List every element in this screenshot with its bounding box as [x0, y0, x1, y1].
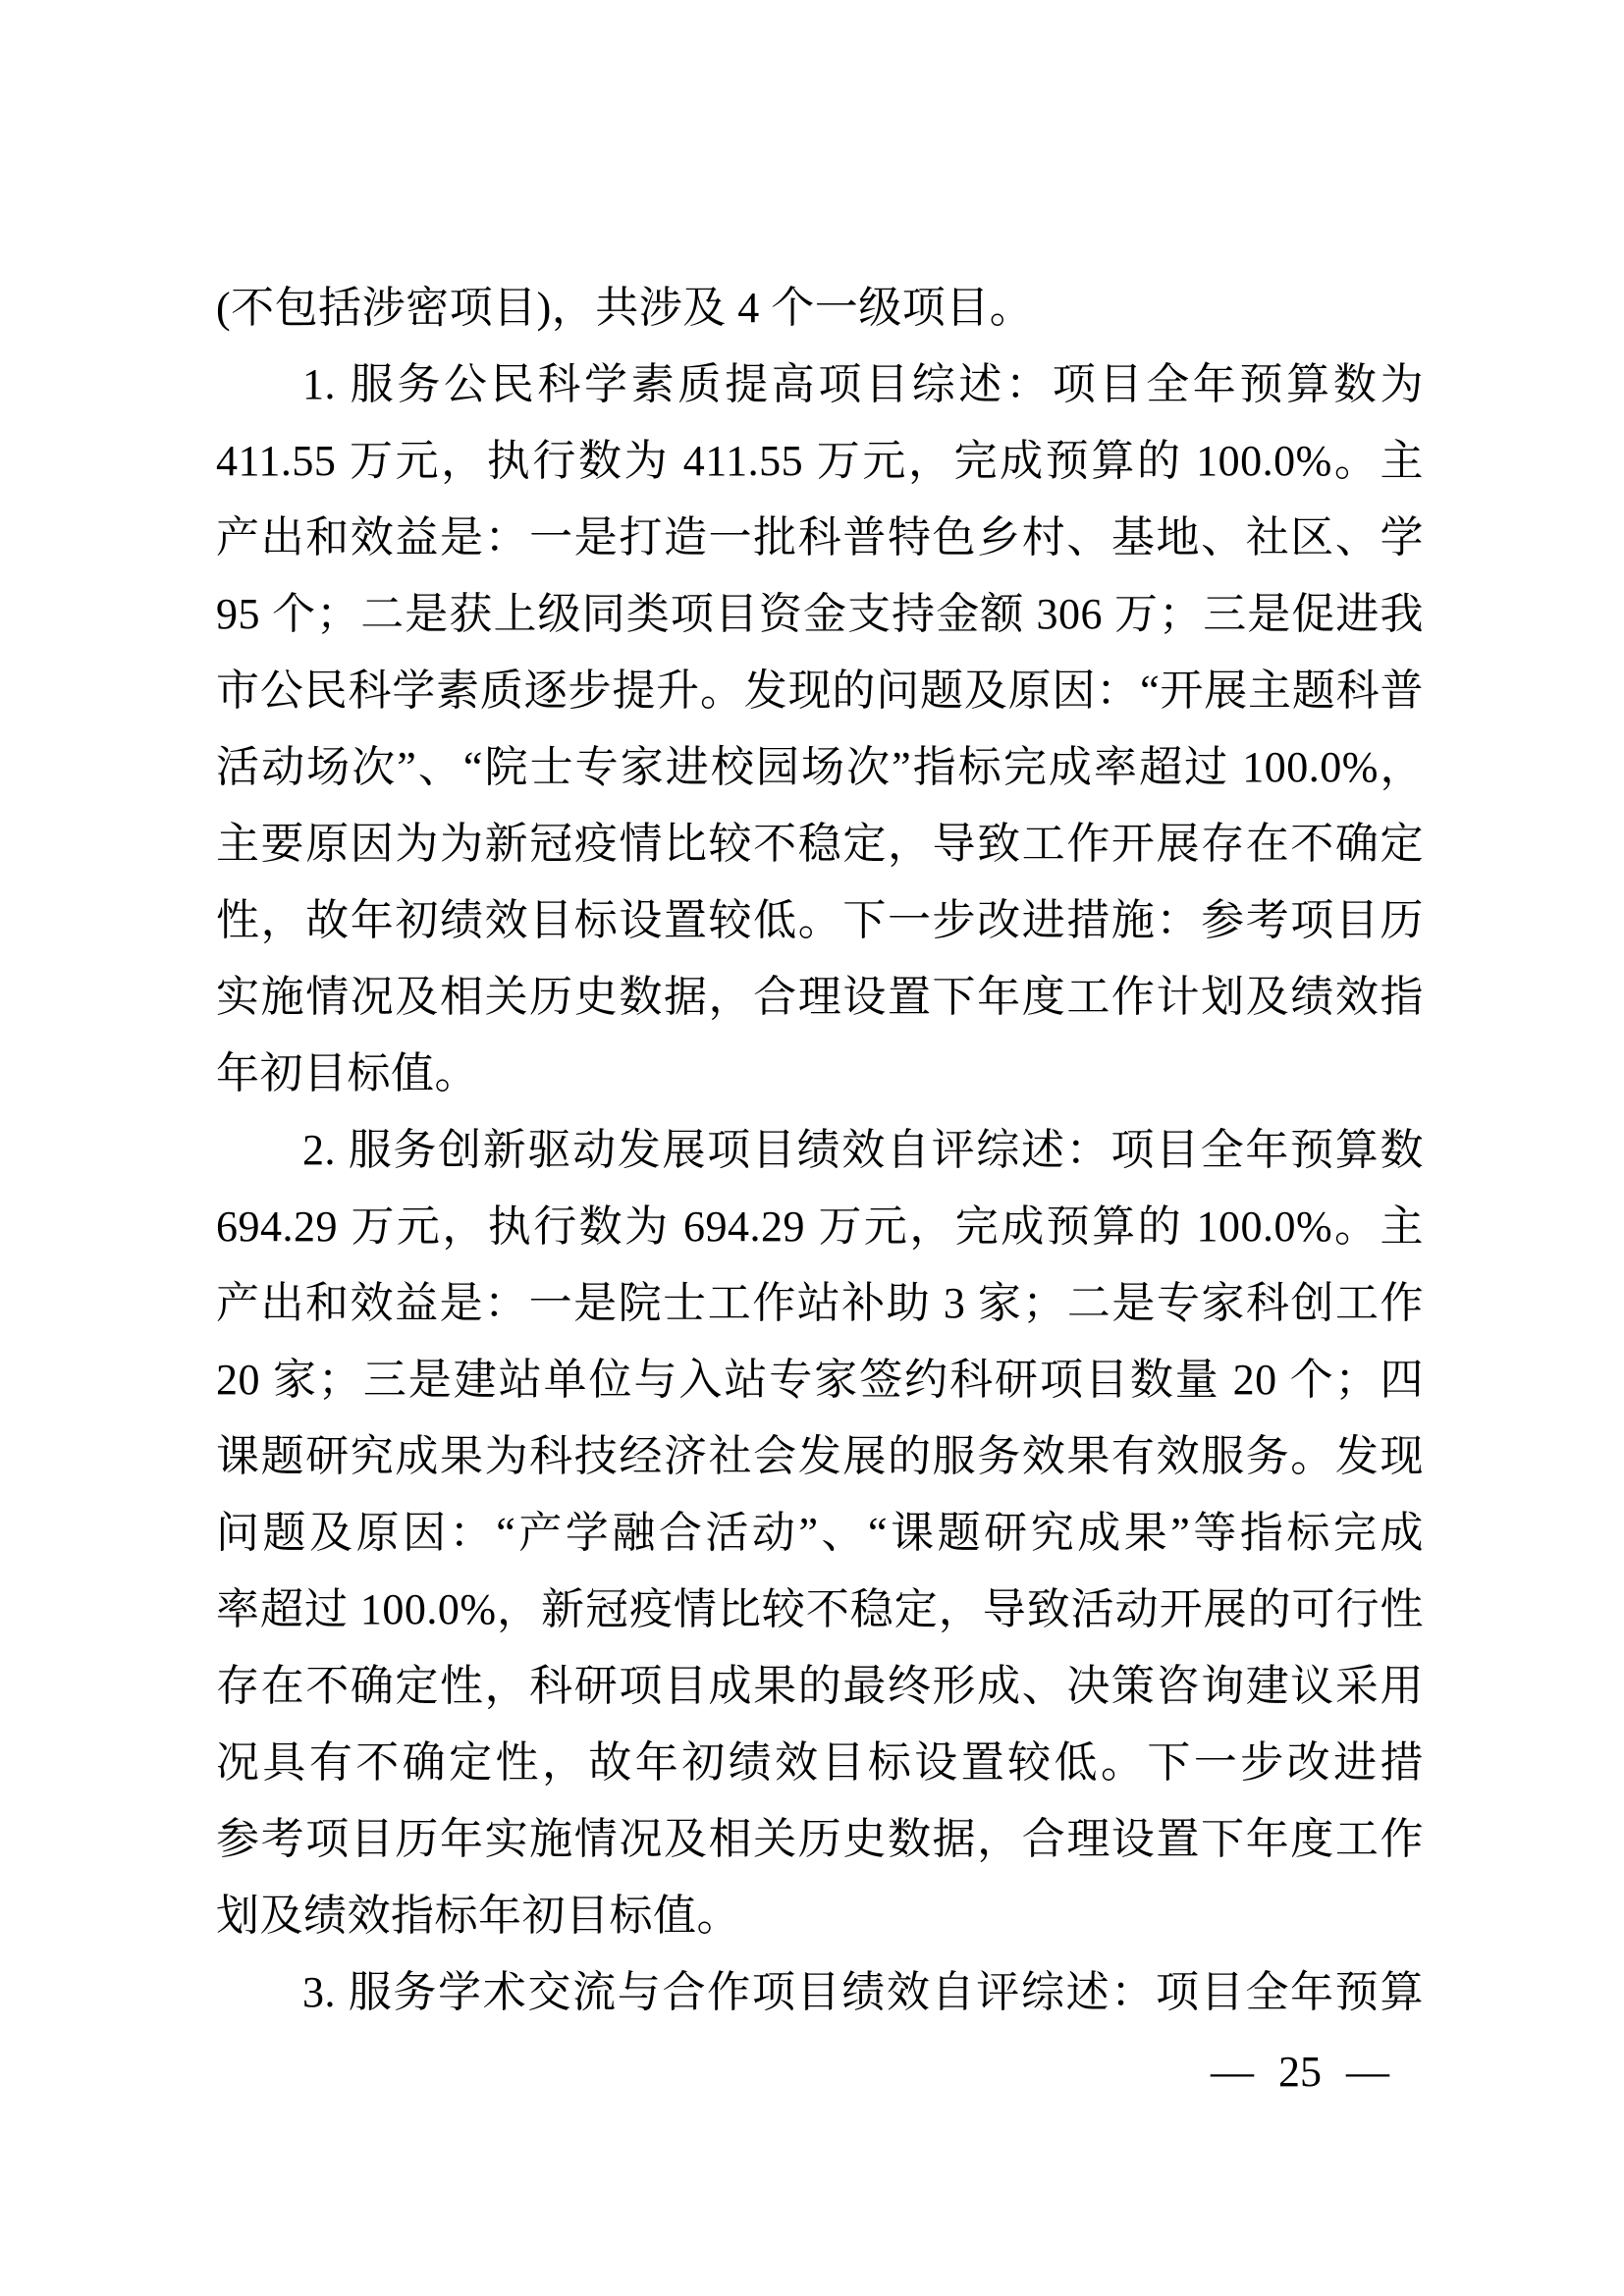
text-line: (不包括涉密项目)，共涉及 4 个一级项目。 [216, 270, 1424, 347]
para-project-2: 2. 服务创新驱动发展项目绩效自评综述：项目全年预算数为694.29 万元，执行… [216, 1112, 1424, 1954]
text-line: 实施情况及相关历史数据，合理设置下年度工作计划及绩效指标 [216, 959, 1424, 1036]
text-line: 年初目标值。 [216, 1036, 1424, 1112]
text-line: 1. 服务公民科学素质提高项目综述：项目全年预算数为 [216, 347, 1424, 423]
page-footer: — 25 — [1211, 2034, 1389, 2110]
para-intro: (不包括涉密项目)，共涉及 4 个一级项目。 [216, 270, 1424, 347]
text-line: 况具有不确定性，故年初绩效目标设置较低。下一步改进措施： [216, 1725, 1424, 1801]
text-line: 产出和效益是：一是院士工作站补助 3 家；二是专家科创工作站 [216, 1265, 1424, 1342]
text-line: 市公民科学素质逐步提升。发现的问题及原因：“开展主题科普 [216, 653, 1424, 729]
para-project-1: 1. 服务公民科学素质提高项目综述：项目全年预算数为411.55 万元，执行数为… [216, 347, 1424, 1112]
text-line: 20 家；三是建站单位与入站专家签约科研项目数量 20 个；四是 [216, 1342, 1424, 1418]
text-line: 课题研究成果为科技经济社会发展的服务效果有效服务。发现的 [216, 1418, 1424, 1495]
page-number: — 25 — [1211, 2048, 1389, 2096]
para-project-3: 3. 服务学术交流与合作项目绩效自评综述：项目全年预算数 [216, 1954, 1424, 2031]
text-line: 率超过 100.0%，新冠疫情比较不稳定，导致活动开展的可行性 [216, 1572, 1424, 1648]
document-body: (不包括涉密项目)，共涉及 4 个一级项目。1. 服务公民科学素质提高项目综述：… [216, 270, 1424, 2031]
text-line: 性，故年初绩效目标设置较低。下一步改进措施：参考项目历年 [216, 882, 1424, 959]
text-line: 存在不确定性，科研项目成果的最终形成、决策咨询建议采用情 [216, 1648, 1424, 1725]
document-page: (不包括涉密项目)，共涉及 4 个一级项目。1. 服务公民科学素质提高项目综述：… [0, 0, 1624, 2296]
text-line: 划及绩效指标年初目标值。 [216, 1878, 1424, 1954]
text-line: 产出和效益是：一是打造一批科普特色乡村、基地、社区、学校 [216, 500, 1424, 576]
text-line: 95 个；二是获上级同类项目资金支持金额 306 万；三是促进我 [216, 576, 1424, 653]
text-line: 694.29 万元，执行数为 694.29 万元，完成预算的 100.0%。主要 [216, 1189, 1424, 1265]
text-line: 问题及原因：“产学融合活动”、“课题研究成果”等指标完成 [216, 1495, 1424, 1572]
text-line: 活动场次”、“院士专家进校园场次”指标完成率超过 100.0%， [216, 729, 1424, 806]
text-line: 参考项目历年实施情况及相关历史数据，合理设置下年度工作计 [216, 1801, 1424, 1878]
text-line: 3. 服务学术交流与合作项目绩效自评综述：项目全年预算数 [216, 1954, 1424, 2031]
text-line: 2. 服务创新驱动发展项目绩效自评综述：项目全年预算数为 [216, 1112, 1424, 1189]
text-line: 主要原因为为新冠疫情比较不稳定，导致工作开展存在不确定 [216, 806, 1424, 882]
text-line: 411.55 万元，执行数为 411.55 万元，完成预算的 100.0%。主要 [216, 423, 1424, 500]
